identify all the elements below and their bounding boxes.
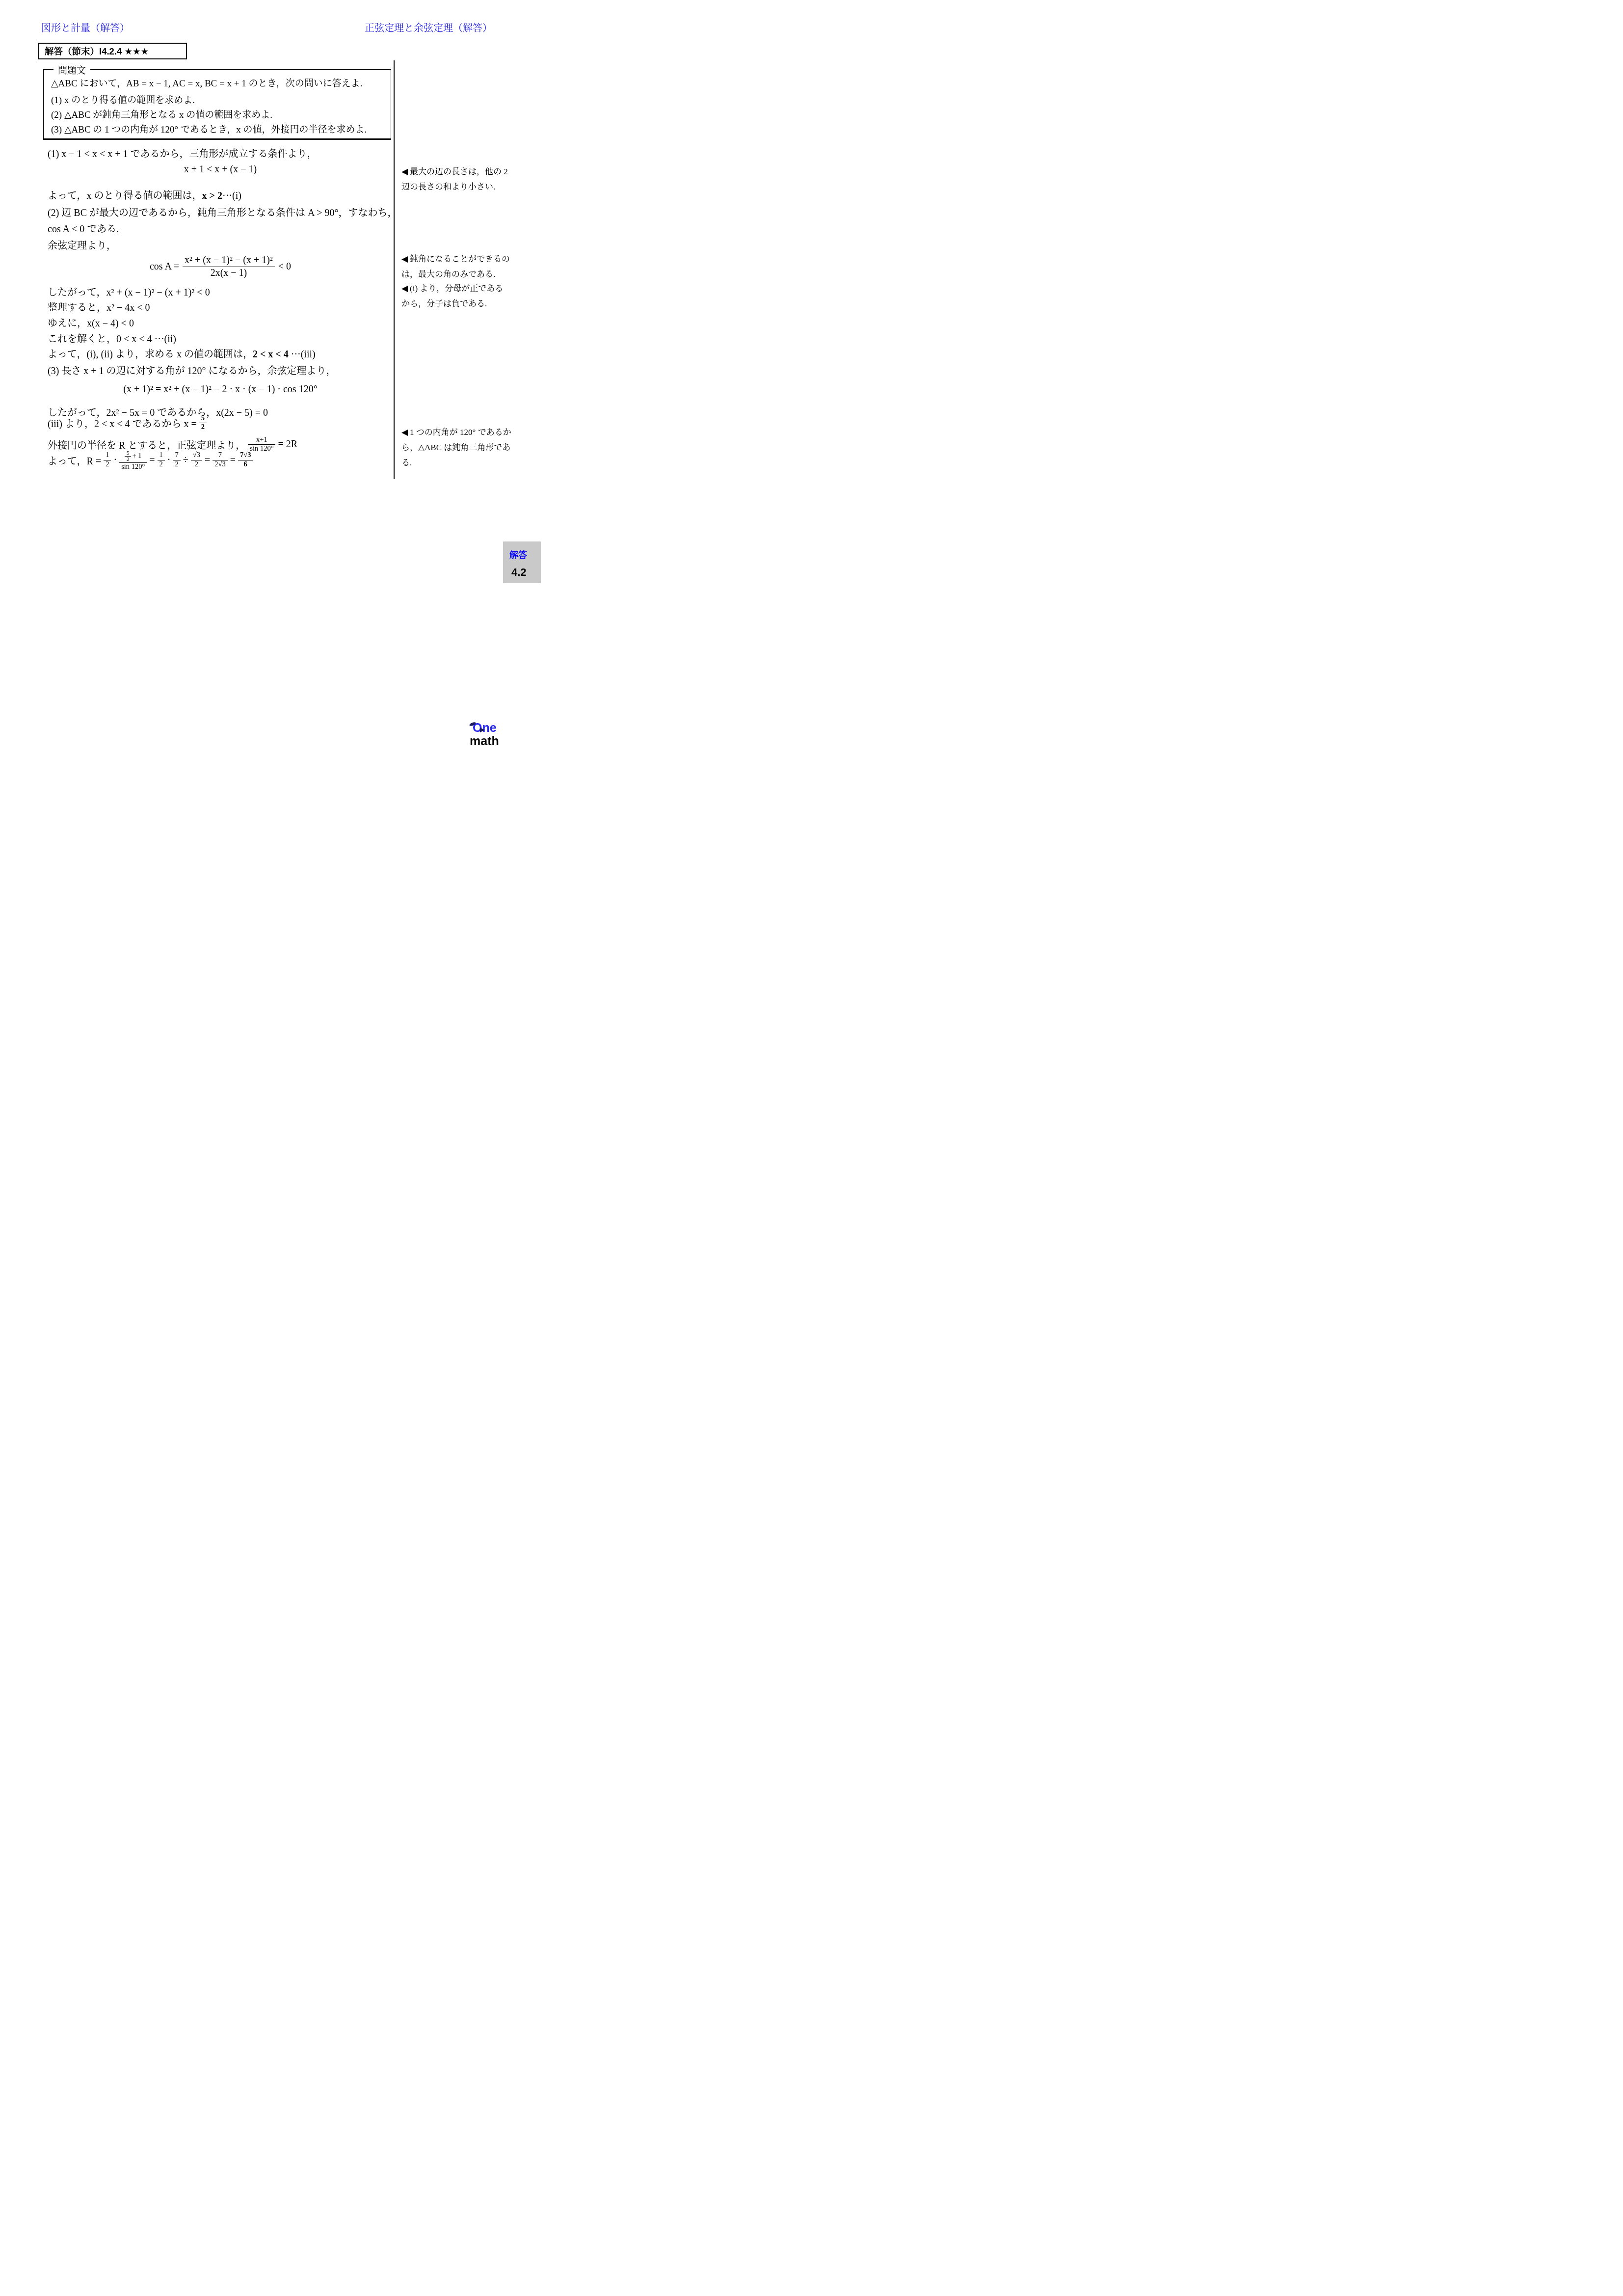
answer-range-iii: 2 < x < 4: [253, 349, 289, 360]
dot-operator: ·: [113, 455, 117, 466]
margin-note-4: ◀1 つの内角が 120° であるから，△ABC は鈍角三角形である.: [401, 425, 511, 470]
logo-one-row: One: [473, 722, 499, 734]
equation-cosine-rule: cos A = x² + (x − 1)² − (x + 1)² 2x(x − …: [48, 250, 393, 283]
left-triangle-icon: ◀: [401, 428, 410, 437]
solution-line-11: (3) 長さ x + 1 の辺に対する角が 120° になるから，余弦定理より，: [48, 363, 336, 377]
problem-box-label: 問題文: [53, 63, 90, 77]
line-10-pre: よって，(i), (ii) より，求める x の値の範囲は，: [48, 349, 253, 360]
equation-text: (x + 1)² = x² + (x − 1)² − 2 · x · (x − …: [123, 384, 317, 395]
solution-line-13: (iii) より，2 < x < 4 であるから x = 5 2: [48, 414, 207, 432]
margin-note-text: 鈍角になることができるのは，最大の角のみである.: [401, 254, 510, 279]
problem-q2: (2) △ABC が鈍角三角形となる x の値の範囲を求めよ.: [51, 108, 272, 121]
frac-seven-over-2root3: 7 2√3: [213, 451, 227, 469]
equation-text: x + 1 < x + (x − 1): [184, 164, 257, 175]
frac-one-half: 1 2: [104, 451, 111, 469]
problem-q3: (3) △ABC の 1 つの内角が 120° であるとき，x の値，外接円の半…: [51, 122, 367, 135]
solution-line-6: したがって，x² + (x − 1)² − (x + 1)² < 0: [48, 284, 210, 298]
margin-note-3: ◀(i) より，分母が正であるから，分子は負である.: [401, 281, 511, 311]
problem-box: 問題文 △ABC において，AB = x − 1, AC = x, BC = x…: [43, 69, 391, 140]
answer-radius-fraction: 7√3 6: [238, 451, 253, 469]
header-left-title: 図形と計量（解答）: [41, 20, 130, 34]
line-14-post: = 2R: [278, 439, 297, 450]
answer-tab-number: 4.2: [511, 566, 527, 579]
answer-range-i: x > 2: [202, 190, 222, 201]
frac-nested: 5 2 + 1 sin 120°: [119, 449, 147, 472]
onemath-logo: One math: [470, 722, 499, 748]
answer-title-box: 解答（節末）I4.2.4 ★★★: [38, 43, 187, 59]
solution-line-4: cos A < 0 である.: [48, 221, 119, 235]
equals-sign: =: [149, 455, 155, 466]
margin-note-text: 1 つの内角が 120° であるから，△ABC は鈍角三角形である.: [401, 428, 511, 467]
header-right-title: 正弦定理と余弦定理（解答）: [365, 20, 492, 34]
cosA-numerator: x² + (x − 1)² − (x + 1)²: [183, 254, 275, 267]
equation-cosine-120: (x + 1)² = x² + (x − 1)² − 2 · x · (x − …: [48, 384, 393, 395]
frac-one-half-2: 1 2: [158, 451, 165, 469]
margin-note-2: ◀鈍角になることができるのは，最大の角のみである.: [401, 251, 511, 282]
frac-five-halves: 5 2: [125, 450, 132, 462]
solution-line-8: ゆえに，x(x − 4) < 0: [48, 315, 134, 329]
solution-line-5: 余弦定理より，: [48, 238, 116, 252]
left-triangle-icon: ◀: [401, 284, 410, 293]
line-2-tag: ···(i): [222, 190, 241, 201]
solution-line-10: よって，(i), (ii) より，求める x の値の範囲は，2 < x < 4 …: [48, 346, 316, 360]
line-10-tag: ···(iii): [291, 349, 316, 360]
cosA-fraction: x² + (x − 1)² − (x + 1)² 2x(x − 1): [183, 254, 275, 279]
answer-tab-label: 解答: [509, 548, 527, 561]
margin-note-text: 最大の辺の長さは，他の 2 辺の長さの和より小さい.: [401, 167, 508, 191]
solution-line-9: これを解くと，0 < x < 4 ···(ii): [48, 331, 176, 345]
solution-line-1: (1) x − 1 < x < x + 1 であるから，三角形が成立する条件より…: [48, 146, 317, 160]
swoosh-icon: [480, 728, 485, 732]
margin-note-text: (i) より，分母が正であるから，分子は負である.: [401, 284, 503, 308]
answer-side-tab: 解答 4.2: [503, 541, 541, 583]
solution-line-3: (2) 辺 BC が最大の辺であるから，鈍角三角形となる条件は A > 90°，…: [48, 205, 398, 219]
solution-line-7: 整理すると，x² − 4x < 0: [48, 299, 150, 314]
cosA-denominator: 2x(x − 1): [183, 267, 275, 279]
logo-math-text: math: [470, 735, 499, 748]
margin-note-1: ◀最大の辺の長さは，他の 2 辺の長さの和より小さい.: [401, 164, 511, 194]
left-triangle-icon: ◀: [401, 254, 410, 264]
cosA-rhs: < 0: [278, 261, 291, 272]
answer-title-label: 解答（節末）I4.2.4 ★★★: [45, 45, 149, 57]
equation-triangle-inequality: x + 1 < x + (x − 1): [48, 164, 393, 175]
answer-x-fraction: 5 2: [199, 414, 207, 432]
line-2-pre: よって，x のとり得る値の範囲は，: [48, 190, 202, 201]
frac-seven-halves: 7 2: [173, 451, 180, 469]
left-triangle-icon: ◀: [401, 167, 410, 176]
solution-line-2: よって，x のとり得る値の範囲は，x > 2···(i): [48, 188, 241, 202]
cosA-lhs: cos A =: [150, 261, 179, 272]
problem-intro: △ABC において，AB = x − 1, AC = x, BC = x + 1…: [51, 76, 362, 89]
margin-divider-rule: [394, 60, 395, 479]
equals-sign: =: [230, 455, 236, 466]
problem-q1: (1) x のとり得る値の範囲を求めよ.: [51, 93, 195, 106]
line-15-pre: よって，R =: [48, 453, 101, 467]
divide-operator: ÷: [183, 455, 188, 466]
frac-root3-over-2: √3 2: [191, 451, 202, 469]
solution-line-15: よって，R = 1 2 · 5 2 + 1 sin 120° = 1 2 · 7…: [48, 449, 253, 472]
page: 図形と計量（解答） 正弦定理と余弦定理（解答） 解答（節末）I4.2.4 ★★★…: [0, 0, 541, 765]
dot-operator: ·: [167, 455, 171, 466]
equals-sign: =: [205, 455, 210, 466]
line-13-pre: (iii) より，2 < x < 4 であるから x =: [48, 416, 197, 430]
